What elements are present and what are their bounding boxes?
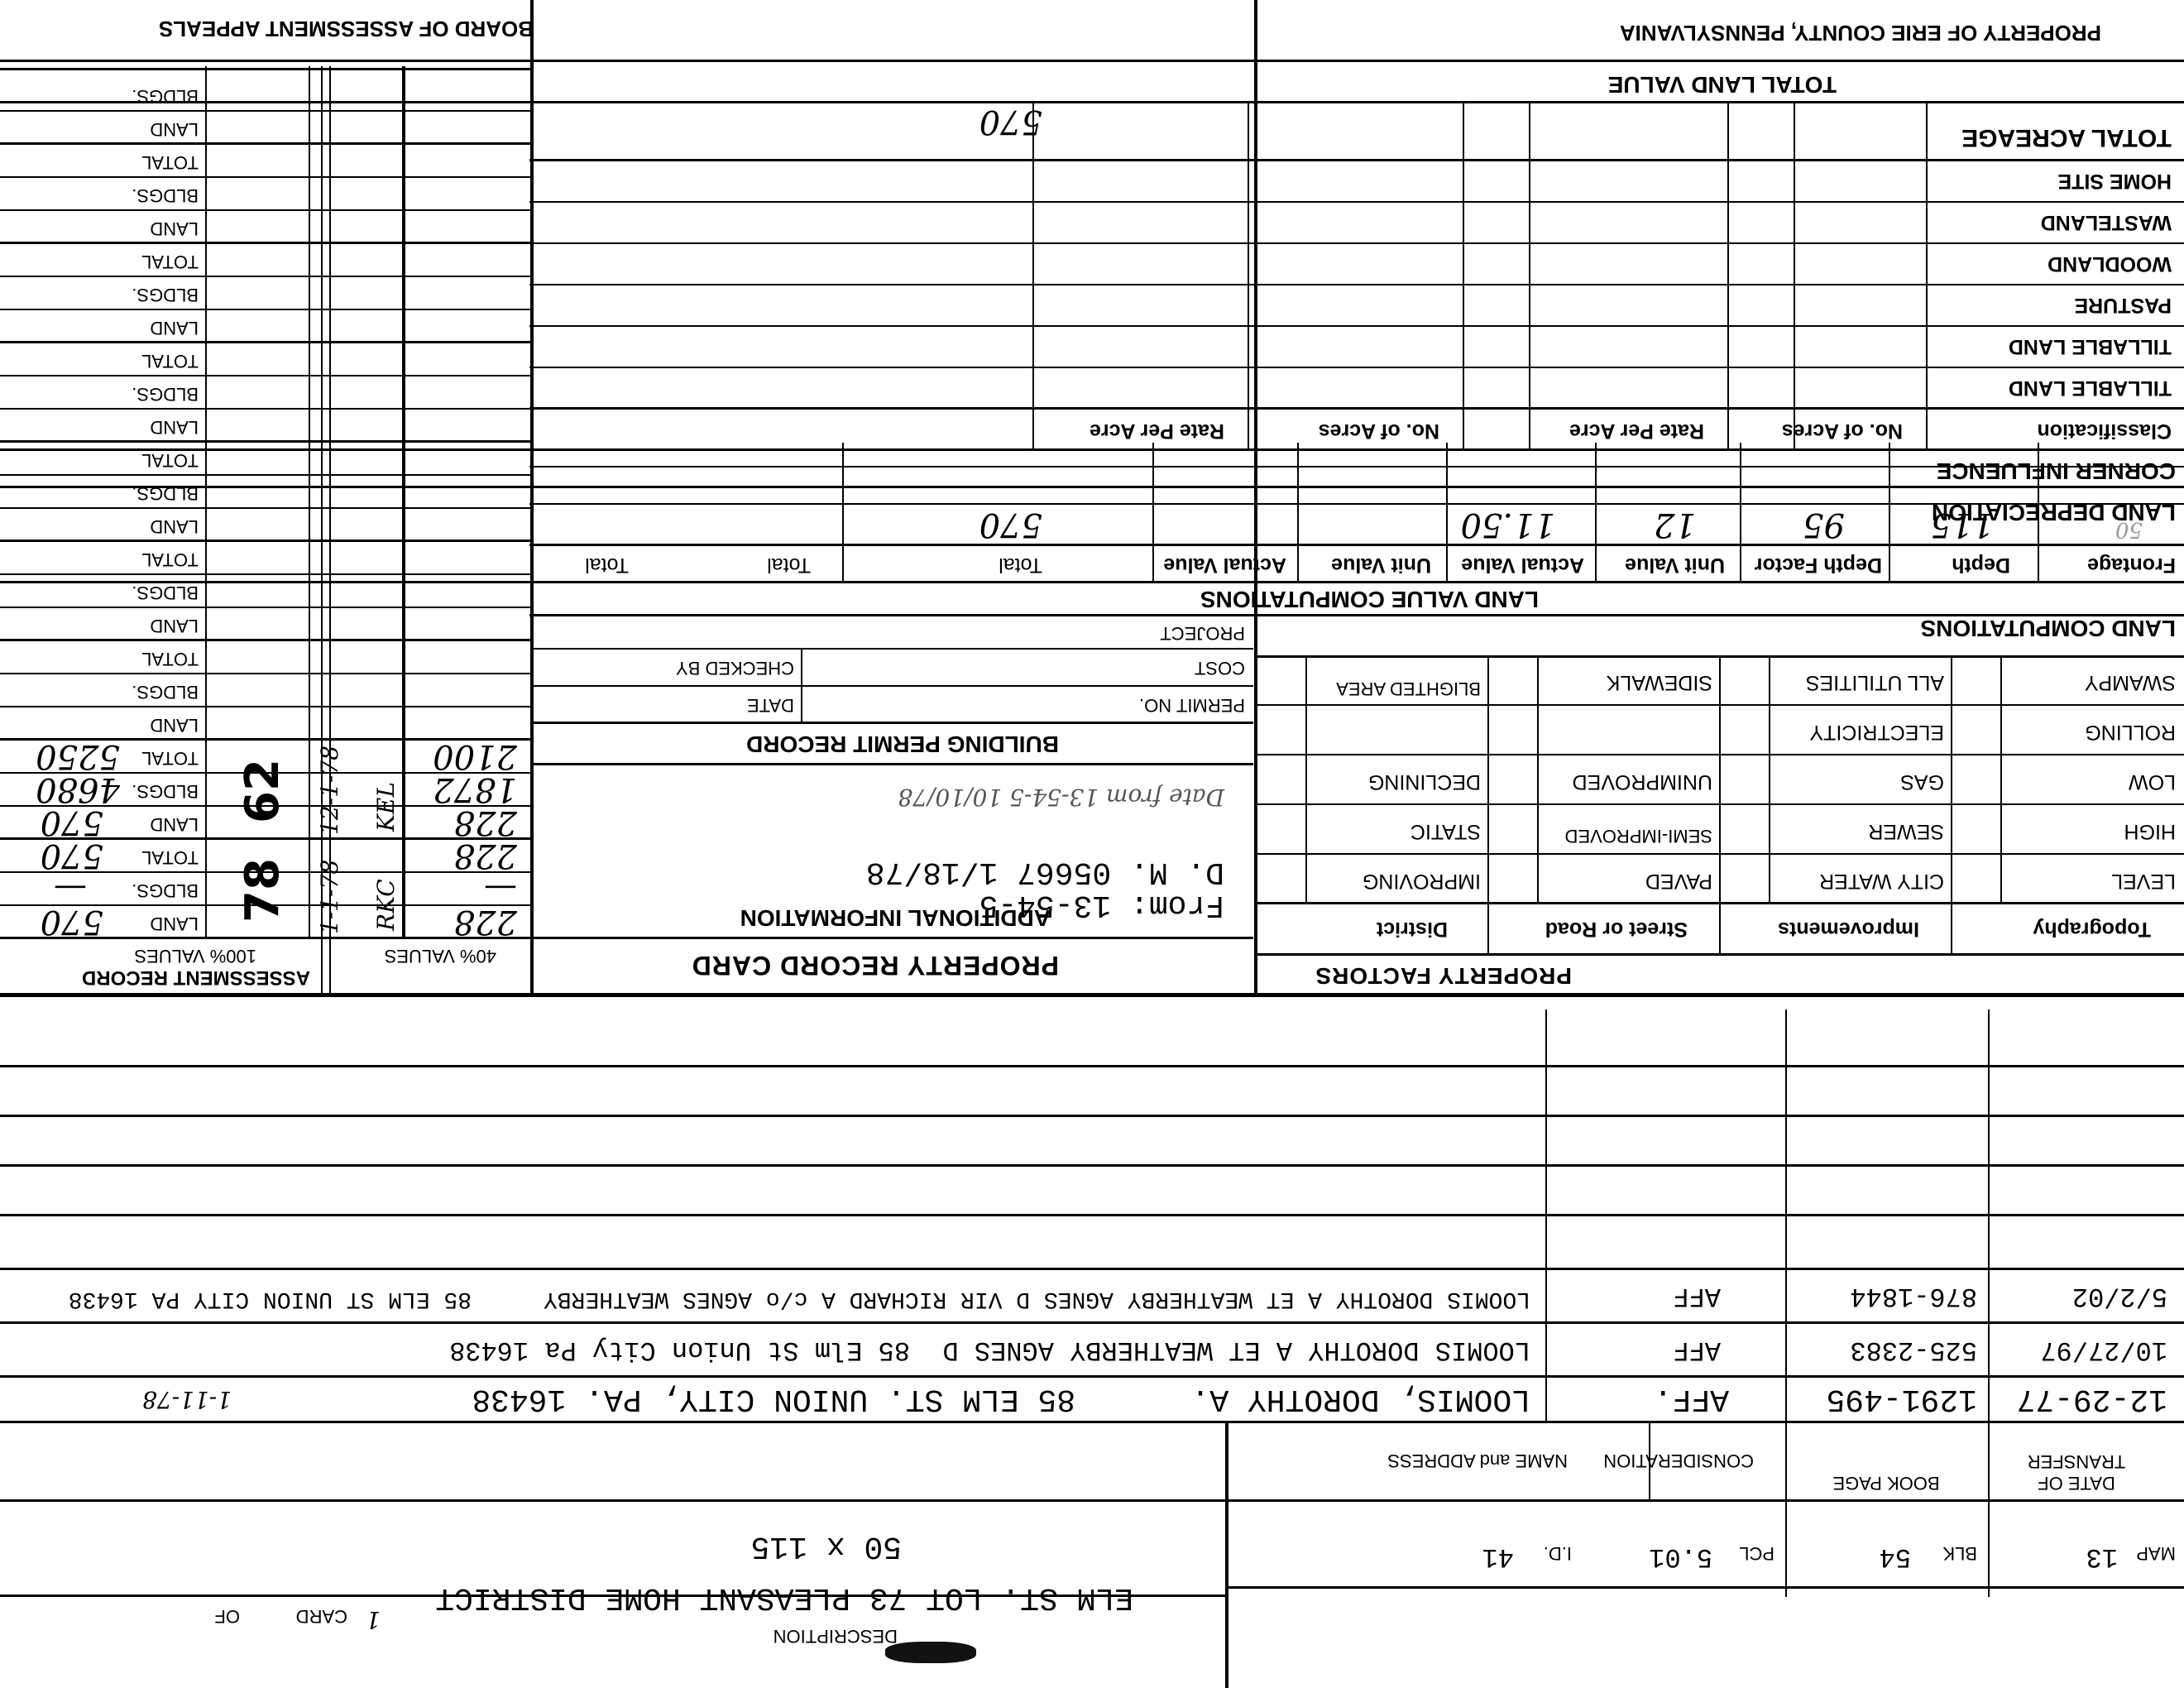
name-address-header: NAME and ADDRESS (1387, 1450, 1568, 1471)
board-header: BOARD OF ASSESSMENT APPEALS (159, 16, 534, 41)
total-land-value-amount: 570 (979, 103, 1042, 141)
property-factors-title: PROPERTY FACTORS (1315, 962, 1572, 989)
corner-influence-label: CORNER INFLUENCE (1937, 458, 2176, 484)
pcl-label: PCL (1739, 1542, 1774, 1564)
property-factors-table: Topography Improvements Street or Road D… (1257, 608, 2184, 956)
acreage-table: Classification No. of Acres Rate Per Acr… (529, 103, 2184, 451)
depth-factor-value: 95 (1803, 506, 1845, 544)
blk-label: BLK (1942, 1542, 1977, 1564)
additional-info-line-1: From: 13-54-5 (979, 887, 1224, 923)
additional-info-line-2: D. M. 05667 1/18/78 (866, 854, 1224, 890)
permit-checked-by-label: CHECKED BY (676, 657, 794, 679)
card-of-label: OF (214, 1605, 240, 1627)
total-land-value-label: TOTAL LAND VALUE (1608, 71, 1837, 98)
blk-value: 54 (1880, 1542, 1911, 1572)
assessment-table: LAND BLDGS. TOTAL LAND BLDGS. TOTAL LAND… (0, 66, 534, 939)
assessment-row-labels: LAND BLDGS. TOTAL LAND BLDGS. TOTAL LAND… (132, 74, 199, 934)
pf-header-street: Street or Road (1545, 917, 1688, 941)
id-label: I.D. (1544, 1542, 1572, 1564)
book-page-header: BOOK PAGE (1812, 1472, 1961, 1494)
permit-cost-label: COST (1195, 657, 1245, 679)
permit-date-label: DATE (747, 694, 794, 716)
total-value: 570 (979, 506, 1042, 544)
map-value: 13 (2086, 1542, 2118, 1572)
smudge-mark (885, 1642, 976, 1663)
building-permit-title: BUILDING PERMIT RECORD (746, 731, 1059, 757)
year-stamp: 62 (236, 759, 290, 823)
values-100-label: 100% VALUES (134, 945, 256, 966)
county-header: PROPERTY OF ERIE COUNTY, PENNSYLVANIA (1620, 20, 2101, 46)
land-value-computations-title: LAND VALUE COMPUTATIONS (1200, 586, 1539, 612)
lot-dimensions: 50 x 115 (751, 1528, 902, 1564)
card-label: CARD (296, 1605, 347, 1627)
handwritten-note: Date from 13-54-5 10/10/78 (898, 784, 1224, 811)
assessment-record-title: ASSESSMENT RECORD (82, 966, 310, 989)
id-value: 41 (1482, 1542, 1514, 1572)
permit-project-label: PROJECT (1160, 622, 1245, 644)
transfer-table: 12-29-77 1291-495 AFF. LOOMIS, DOROTHY A… (0, 1009, 2184, 1423)
values-40-label: 40% VALUES (385, 945, 496, 966)
land-computations-title: LAND COMPUTATIONS (1921, 615, 2177, 641)
pf-header-district: District (1377, 917, 1448, 941)
description-label: DESCRIPTION (773, 1625, 898, 1647)
record-card-title: PROPERTY RECORD CARD (692, 950, 1059, 981)
date-of-transfer-header: DATE OF TRANSFER (1994, 1451, 2159, 1494)
year-stamp: 78 (236, 858, 290, 923)
actual-value: 11.50 (1460, 506, 1555, 544)
permit-no-label: PERMIT NO. (1139, 694, 1245, 716)
land-depreciation-label: LAND DEPRECIATION (1932, 499, 2176, 525)
pf-header-improvements: Improvements (1778, 917, 1919, 941)
pf-header-topography: Topography (2033, 917, 2151, 941)
map-label: MAP (2136, 1542, 2176, 1564)
unit-value: 12 (1654, 506, 1696, 544)
total-acreage-label: TOTAL ACREAGE (1961, 123, 2172, 151)
card-number: 1 (366, 1606, 381, 1633)
property-record-card: CARD 1 OF DESCRIPTION ELM ST. LOT 73 PLE… (0, 0, 2184, 1688)
consideration-header: CONSIDERATION (1603, 1450, 1754, 1471)
legal-description: ELM ST. LOT 73 PLEASANT HOME DISTRICT (435, 1580, 1133, 1615)
pcl-value: 5.01 (1649, 1542, 1712, 1572)
